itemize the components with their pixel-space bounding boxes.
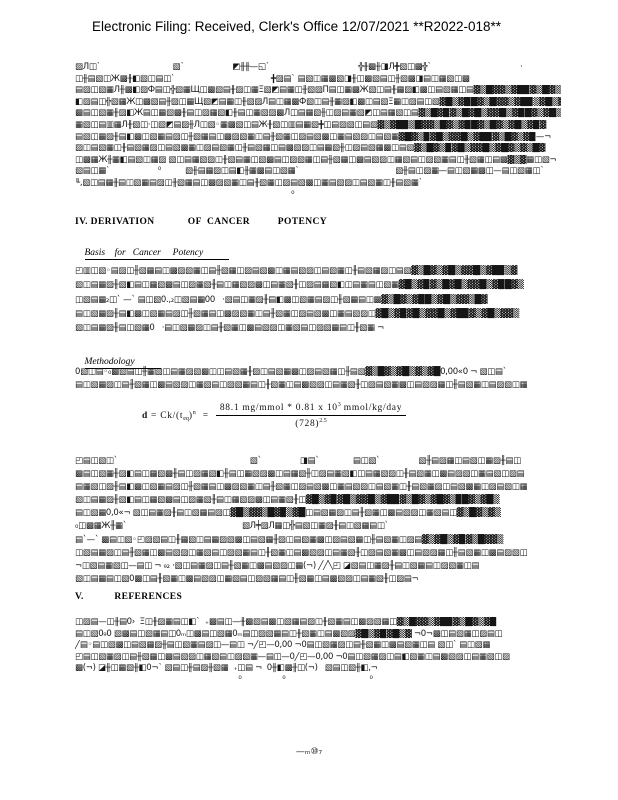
garbled-text-line: ▤◫▧▦▨╫▤◧▩◫▧▦▤▨◫╫▧▦▤◫▩▨▧▦◫▤╫▧▦◫▨▤▧▩◫▦▤▧▨◫… [75,307,561,321]
garbled-text-line: ⁰ ⁰ ⁰ [75,675,561,687]
garbled-text-line: ▧◫▤▦▤◫▧0▩◫▤╫▧▦◫▩▤▧▨◫▦▧▤◫▨▧▦▤◫╫▧▦◫▤▩▧▨◫▤▦… [75,573,561,586]
garbled-text-line: ▧◫▤▦▨╫▤◫▧▦0 ·▤◫▧▦▨◫▤╫▧▦◫▩▤▧▨◫▦▧▤◫▨▧▦▤◫╫▧… [75,321,561,335]
formula-denominator-exponent: 2.5 [319,418,327,424]
section-heading-references: V. REFERENCES [75,592,182,602]
garbled-text-line: ▤◫▧▦▨◫▤╫▧▦◫▩▤▧▨◫▦▧▤◫▨▧▦▤◫╫▧▦◫▤▩▧▨◫▤▦▧╫◫▨… [75,379,561,392]
garbled-text-line: ▤◫▧▦0,0«¬ ▧◫▤▦▨╫▤◫▧▦▤▨◫▓█▒▓▓▒█▓▉▒▓█◫▤▧▦▨… [75,507,561,520]
formula-denominator: (728)2.5 [295,416,327,429]
garbled-text-line: ◰▤◫▧◫` ▧` ◨▤` ▤◫▧` ▧╫▤▨▦◫▤▧◫▦▨╫▤◫ [75,455,561,468]
garbled-text-line: ╙,▧◫▤▦╫▤◫▧▦▤▨◫╫▧▦▤◫▩▨▧▦◫▤╫▧▦◫▨▤▧▩◫▦▤▧▨◫▤… [75,178,561,190]
garbled-text-line: ▨Л◫` ▧` ◩╫╫—◱` ╬╫▩╫◨Л╋▧◫▩╬` · [75,62,561,74]
paragraph-methodology-garbled: 0▧◫▤◦₀▩▧▤◫╫▦▧◫▤▦▨▧▩◫◫▤▧▦╫▨◫▤▧▦▩◫▨▤▧▦◫╫▤▧… [75,366,561,392]
garbled-text-line: ▤▧◫▦▨╫▤◧▩◫▧▦▤▨◫╫▧▦▤◫▩▨▧▦◫▤╫▧▦◫▨▤▧▩◫▦▤▧▨◫… [75,132,561,144]
garbled-text-line: ╱▤◦▤◫▧▩◫▤▧▦▨╫▤◫▧▦▤▨◫—▤◫ ¬╱◰—0,00 ¬0▤◫▧▦▨… [75,640,561,652]
garbled-text-line: ▧◫▤▦▨╫▧◧▤◫▦▧▩▤◫▨▦▧╫▤◫▦▧▨▩◫▤▦▧╫◫▨▤▦▧◧◫▤▦▤… [75,278,561,292]
garbled-text-line: ◧▨▤◫╬▧▦Ж◫▩▧▤╫▨◫▦Щ▧◩▤▦◫╫▧▨Л▤◫▦▩Ф▧◫▤╫▦▨◧▩◫… [75,97,561,109]
garbled-text-line: ▦▧◫▤▥▦Л╫▧◫·◫▧◩▤▨╫Л◫▧◦▦▩▧◫▤Ж╫▧◫▥▤▦▧╋◫▤▨▧◫… [75,120,561,132]
garbled-text-line: ¬◫▧▤▦▧◫—▤◫ ¬ ₉₂ ·▧◫▤▦▨◫▤╫▧▦◫▩▤▧▨◫▦(¬) ╱╱… [75,560,561,573]
garbled-text-line: ▩▤◫▧▦╫▨◧▤◫▦▧▩╫▤◫▨▦▧◧╫▤◫▦▧▨▩◫▤▦▧╫◫▨▤▦▧◧◫▤… [75,468,561,481]
formula-numerator-units: mmol/kg/day [341,403,402,413]
garbled-text-line: 0▧◫▤◦₀▩▧▤◫╫▦▧◫▤▦▨▧▩◫◫▤▧▦╫▨◫▤▧▦▩◫▨▤▧▦◫╫▤▧… [75,366,561,379]
garbled-text-line: ⁰ [75,190,561,202]
formula-denominator-value: (728) [295,419,319,429]
formula-lhs-expression: = Ck/(t [148,411,183,421]
formula-lhs-exponent: n [193,410,196,416]
subheading-basis-text: Basis for Cancer Potency [85,248,230,260]
formula-equals-sign: = [203,411,209,421]
garbled-text-line: ◰▥◫▧◦▤▨◫╫▧▦▤◫▩▨▧▦◫▤╫▧▦◫▨▤▧▩◫▦▤▧▨◫▤▧▦◫╫▤▧… [75,264,561,278]
garbled-text-line: ₀◫▩▦Ж╫▦` ▧Л╪▨Л▦◫╬▤▧◫▦▨╫▤◫▧▦▤◫` [75,520,561,533]
garbled-text-line: ▤◫▧0₉0 ▧▩▤◫▧▦▤◫0ₘ◫▩▤◫▧▦0ₘ▤◫▨▧▦▤◫╫▧▦◫▤▩▧▨… [75,629,561,641]
garbled-text-line: ◫▩▦Ж╫▦◧▤▧◫▦▨ ▧◫▤▦▧▨◫╫▧▤▦◫▧▩▤◫▨▧▦◫▤╫▧▦◫▩▤… [75,155,561,167]
garbled-text-line: ▧◫▤▦▨╫▧◧▤◫▦▧▩▤◫▨▦▧╫▤◫▦▧▨▩◫▤▦▧╫◫▓█▒▓▉▓█▒▓… [75,494,561,507]
garbled-text-line: ◰▤◫▧▦▨◫▤╫▧▦◫▩▤▧▨◫▦▧▤◫▨▧▦—▤◫—0╱◰—0,00 ¬0▤… [75,652,561,664]
paragraph-results-garbled: ◰▤◫▧◫` ▧` ◨▤` ▤◫▧` ▧╫▤▨▦◫▤▧◫▦▨╫▤◫▩▤◫▧▦╫▨… [75,455,561,586]
paragraph-intro-garbled: ▨Л◫` ▧` ◩╫╫—◱` ╬╫▩╫◨Л╋▧◫▩╬` ·◫╫▤▧◫Ж▩╫◧▧◫… [75,62,561,201]
section-heading-derivation: IV. DERIVATION OF CANCER POTENCY [75,217,327,227]
page-number: —ₘ⑩₇ [0,747,618,757]
garbled-text-line: ◫▧▤▦▨◫▤╫▧▦◫▩▤▧▨◫▦▧▤◫▨▧▦▤◫╫▧▦◫▤▩▧▨◫▤▦▧╫◫▨… [75,547,561,560]
paragraph-basis-garbled: ◰▥◫▧◦▤▨◫╫▧▦▤◫▩▨▧▦◫▤╫▧▦◫▨▤▧▩◫▦▤▧▨◫▤▧▦◫╫▤▧… [75,264,561,335]
garbled-text-line: ▤▦▧◫▨╫▤◧▩◫▧▦▤▨◫╫▧▦▤◫▩▨▧▦◫▤╫▧▦◫▨▤▧▩◫▦▤▧▨◫… [75,481,561,494]
formula-numerator: 88.1 mg/mmol * 0.81 x 103 mmol/kg/day [216,402,406,416]
formula-numerator-value: 88.1 mg/mmol * 0.81 x 10 [220,403,338,413]
garbled-text-line: ▤`—` ▩▤◫▧◦◰▨▧▤◫╫▦▧◫▤▦▨▧▩◫▤▧▦╫▨◫▤▧▦▩◫▨▤▧▦… [75,534,561,547]
formula-fraction: 88.1 mg/mmol * 0.81 x 103 mmol/kg/day (7… [216,402,406,429]
garbled-text-line: ▧▤◫▦` ⁰ ▧╫▤▦▨◫▤◧╫▦▩▤◫▧▦` ▧╫▤◫▨▦—▤◫▧▦▩◫—▤… [75,166,561,178]
garbled-text-line: ▤▨◫▧▦Л╫▩◧▨Ф▤◫╬▧▦Щ◫▩▧▤╫▨◫▦Ξ▧◩▤▦◫╫▧▨П▤◫▦▩Ж… [75,85,561,97]
garbled-text-line: ▨◫▤▧▦◫╫▤▧▦▨◫▤▧▩▦◫▨▤▧▦◫╫▤▧▦◫▤▩▧▨◫▤▦▧╫◫▨▤▧… [75,143,561,155]
garbled-text-line: ▩▤◫▧▦╫▨◧Ж▤◫▦▧▩╫▤◫▨▦▧◧╫▤◫▦▧▨▩Л◫▤▦▧╫◫▨▤▦▧◩… [75,108,561,120]
document-page: Electronic Filing: Received, Clerk's Off… [0,0,618,800]
cancer-potency-formula: d = Ck/(teq)n = 88.1 mg/mmol * 0.81 x 10… [142,402,406,429]
garbled-text-line: ◫▨▤—◫╫▤0› Ξ◫╫▨▦▤◫◧` ₊▩▤◫—╫▩▧▤▩◫▧▦▤▨◫╫▧▦▤… [75,617,561,629]
garbled-text-line: ▩(¬) ◪╫◫▦▧╫◧0¬` ▧▤◫╫▤▨╫▧▦ ₊◫▤ ¬ 0╫◧▩╫◫(¬… [75,663,561,675]
garbled-text-line: ◫╫▤▧◫Ж▩╫◧▧◫▤◫` ╋▨▤` ▤▧◫▦▩▧◨╫◫▩▧▤◫╫▧▩◨▤◫▦… [75,74,561,86]
paragraph-references-garbled: ◫▨▤—◫╫▤0› Ξ◫╫▨▦▤◫◧` ₊▩▤◫—╫▩▧▤▩◫▧▦▤▨◫╫▧▦▤… [75,617,561,687]
filing-header: Electronic Filing: Received, Clerk's Off… [92,19,501,34]
formula-lhs: d = Ck/(teq)n [142,410,196,422]
garbled-text-line: ◫▧▤▦₂◫` —` ▤◫▧0.,₂◫▧▤▦00 ·▧▤◫▦▨╫▤◧▩◫▧▦▤▨… [75,293,561,307]
